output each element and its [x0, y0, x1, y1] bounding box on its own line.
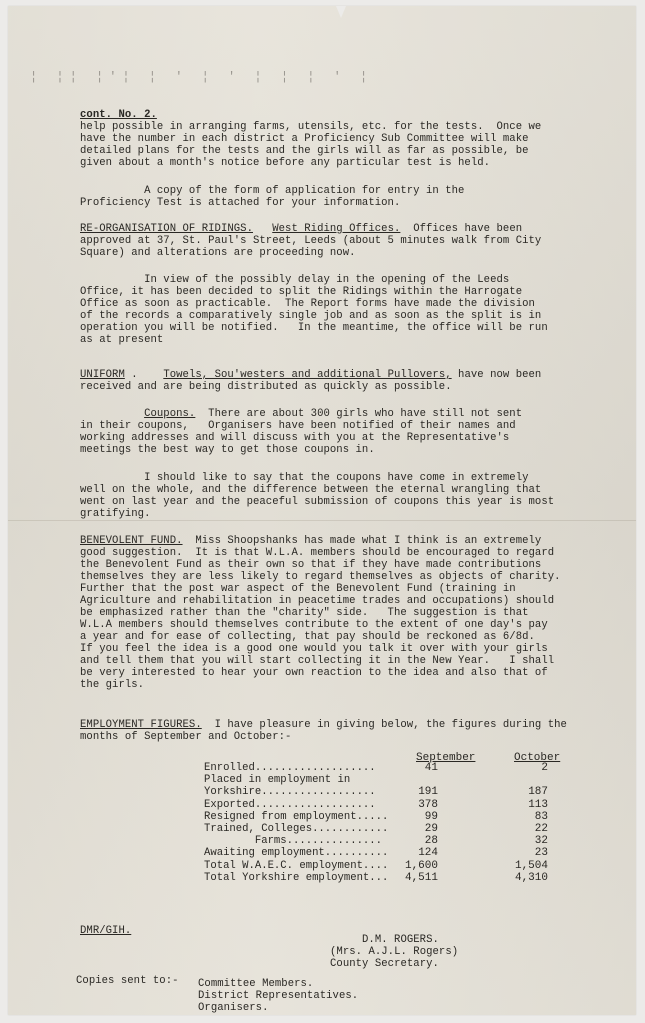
text-line: as at present [80, 334, 163, 346]
text-line: gratifying. [80, 508, 150, 520]
text-line: operation you will be notified. In the m… [80, 322, 548, 334]
figure-september-value: 4,511 [388, 872, 438, 884]
figure-september-value: 124 [388, 847, 438, 859]
figure-october-value: 4,310 [498, 872, 548, 884]
text-line: received and are being distributed as qu… [80, 381, 452, 393]
text-line: detailed plans for the tests and the gir… [80, 145, 529, 157]
copies-recipient: Committee Members. [198, 978, 313, 990]
text-line: the girls. [80, 679, 144, 691]
figure-row-label: Trained, Colleges............ [204, 823, 388, 835]
figure-row-label: Farms............... [204, 835, 382, 847]
text-line: Offices have been [400, 223, 522, 235]
signature-name: D.M. ROGERS. [362, 934, 439, 946]
text-line: Agriculture and rehabilitation in peacet… [80, 595, 554, 607]
text-line: Office as soon as practicable. The Repor… [80, 298, 535, 310]
reference-code: DMR/GIH. [80, 925, 131, 937]
copies-recipient: Organisers. [198, 1002, 268, 1014]
figure-september-value: 28 [388, 835, 438, 847]
subheading-coupons: Coupons. [144, 408, 195, 420]
signature-full-name: (Mrs. A.J.L. Rogers) [330, 946, 458, 958]
figure-row-label: Enrolled................... [204, 762, 376, 774]
figure-october-value: 187 [498, 786, 548, 798]
figure-row-label: Yorkshire.................. [204, 786, 376, 798]
text-line: be emphasized rather than the "charity" … [80, 607, 529, 619]
subheading-uniform-items: Towels, Sou'westers and additional Pullo… [163, 369, 451, 381]
benevolent-heading-line: BENEVOLENT FUND. Miss Shoopshanks has ma… [80, 535, 541, 547]
text-line: and tell them that you will start collec… [80, 655, 554, 667]
text-line: help possible in arranging farms, utensi… [80, 121, 541, 133]
figure-october-value: 22 [498, 823, 548, 835]
text-line: A copy of the form of application for en… [80, 185, 464, 197]
figure-row-label: Resigned from employment..... [204, 811, 388, 823]
figure-september-value: 191 [388, 786, 438, 798]
figure-october-value: 23 [498, 847, 548, 859]
text-line: the Benevolent Fund as their own so that… [80, 559, 541, 571]
figure-row-label: Exported................... [204, 799, 376, 811]
page-heading: cont. No. 2. [80, 109, 157, 121]
text-line: well on the whole, and the difference be… [80, 484, 541, 496]
copies-recipient: District Representatives. [198, 990, 358, 1002]
text-line: Office, it has been decided to split the… [80, 286, 522, 298]
reorg-heading-line: RE-ORGANISATION OF RIDINGS. West Riding … [80, 223, 522, 235]
bleed-through-marks: ¦ ¦¦ ¦'¦ ¦ ' ¦ ' ¦ ¦ ¦ ' ¦ [30, 70, 490, 86]
section-heading-reorganisation: RE-ORGANISATION OF RIDINGS. [80, 223, 253, 235]
text-line: good suggestion. It is that W.L.A. membe… [80, 547, 554, 559]
text-line: W.L.A members should themselves contribu… [80, 619, 548, 631]
text-line: be very interested to hear your own reac… [80, 667, 548, 679]
figure-october-value: 2 [498, 762, 548, 774]
text-line: There are about 300 girls who have still… [195, 408, 522, 420]
text-line: Further that the post war aspect of the … [80, 583, 516, 595]
figure-row-label: Awaiting employment.......... [204, 847, 388, 859]
text-line: If you feel the idea is a good one would… [80, 643, 548, 655]
text-line: working addresses and will discuss with … [80, 432, 509, 444]
text-line: in their coupons, Organisers have been n… [80, 420, 516, 432]
figure-october-value: 32 [498, 835, 548, 847]
figure-september-value: 99 [388, 811, 438, 823]
signature-title: County Secretary. [330, 958, 439, 970]
figure-october-value: 83 [498, 811, 548, 823]
text-line: have now been [452, 369, 542, 381]
section-heading-uniform: UNIFORM [80, 369, 125, 381]
text-line: have the number in each district a Profi… [80, 133, 529, 145]
figure-row-label: Total W.A.E.C. employment.... [204, 860, 388, 872]
section-heading-benevolent-fund: BENEVOLENT FUND. [80, 535, 183, 547]
text-line: Proficiency Test is attached for your in… [80, 197, 400, 209]
text-line: Miss Shoopshanks has made what I think i… [183, 535, 542, 547]
text-line: Square) and alterations are proceeding n… [80, 247, 356, 259]
text-line: approved at 37, St. Paul's Street, Leeds… [80, 235, 541, 247]
figure-october-value: 113 [498, 799, 548, 811]
text-line: I should like to say that the coupons ha… [80, 472, 529, 484]
paper-tear [336, 6, 346, 18]
coupons-heading-line: Coupons. There are about 300 girls who h… [80, 408, 522, 420]
text-line: months of September and October:- [80, 731, 291, 743]
text-line: a year and for ease of collecting, that … [80, 631, 535, 643]
text-line: of the records a comparatively single jo… [80, 310, 541, 322]
section-heading-employment-figures: EMPLOYMENT FIGURES. [80, 719, 202, 731]
paper-fold [8, 520, 636, 521]
figure-october-value: 1,504 [498, 860, 548, 872]
uniform-heading-line: UNIFORM . Towels, Sou'westers and additi… [80, 369, 541, 381]
text-line: given about a month's notice before any … [80, 157, 490, 169]
text-line: I have pleasure in giving below, the fig… [202, 719, 567, 731]
text-line: themselves they are less likely to regar… [80, 571, 561, 583]
figure-september-value: 378 [388, 799, 438, 811]
text-line: In view of the possibly delay in the ope… [80, 274, 509, 286]
text-line: went on last year and the peaceful submi… [80, 496, 554, 508]
figure-row-label: Placed in employment in [204, 774, 350, 786]
subheading-west-riding: West Riding Offices. [272, 223, 400, 235]
text-line: meetings the best way to get those coupo… [80, 444, 375, 456]
figure-september-value: 1,600 [388, 860, 438, 872]
figure-row-label: Total Yorkshire employment... [204, 872, 388, 884]
figure-september-value: 41 [388, 762, 438, 774]
employment-heading-line: EMPLOYMENT FIGURES. I have pleasure in g… [80, 719, 567, 731]
copies-label: Copies sent to:- [76, 975, 179, 987]
figure-september-value: 29 [388, 823, 438, 835]
